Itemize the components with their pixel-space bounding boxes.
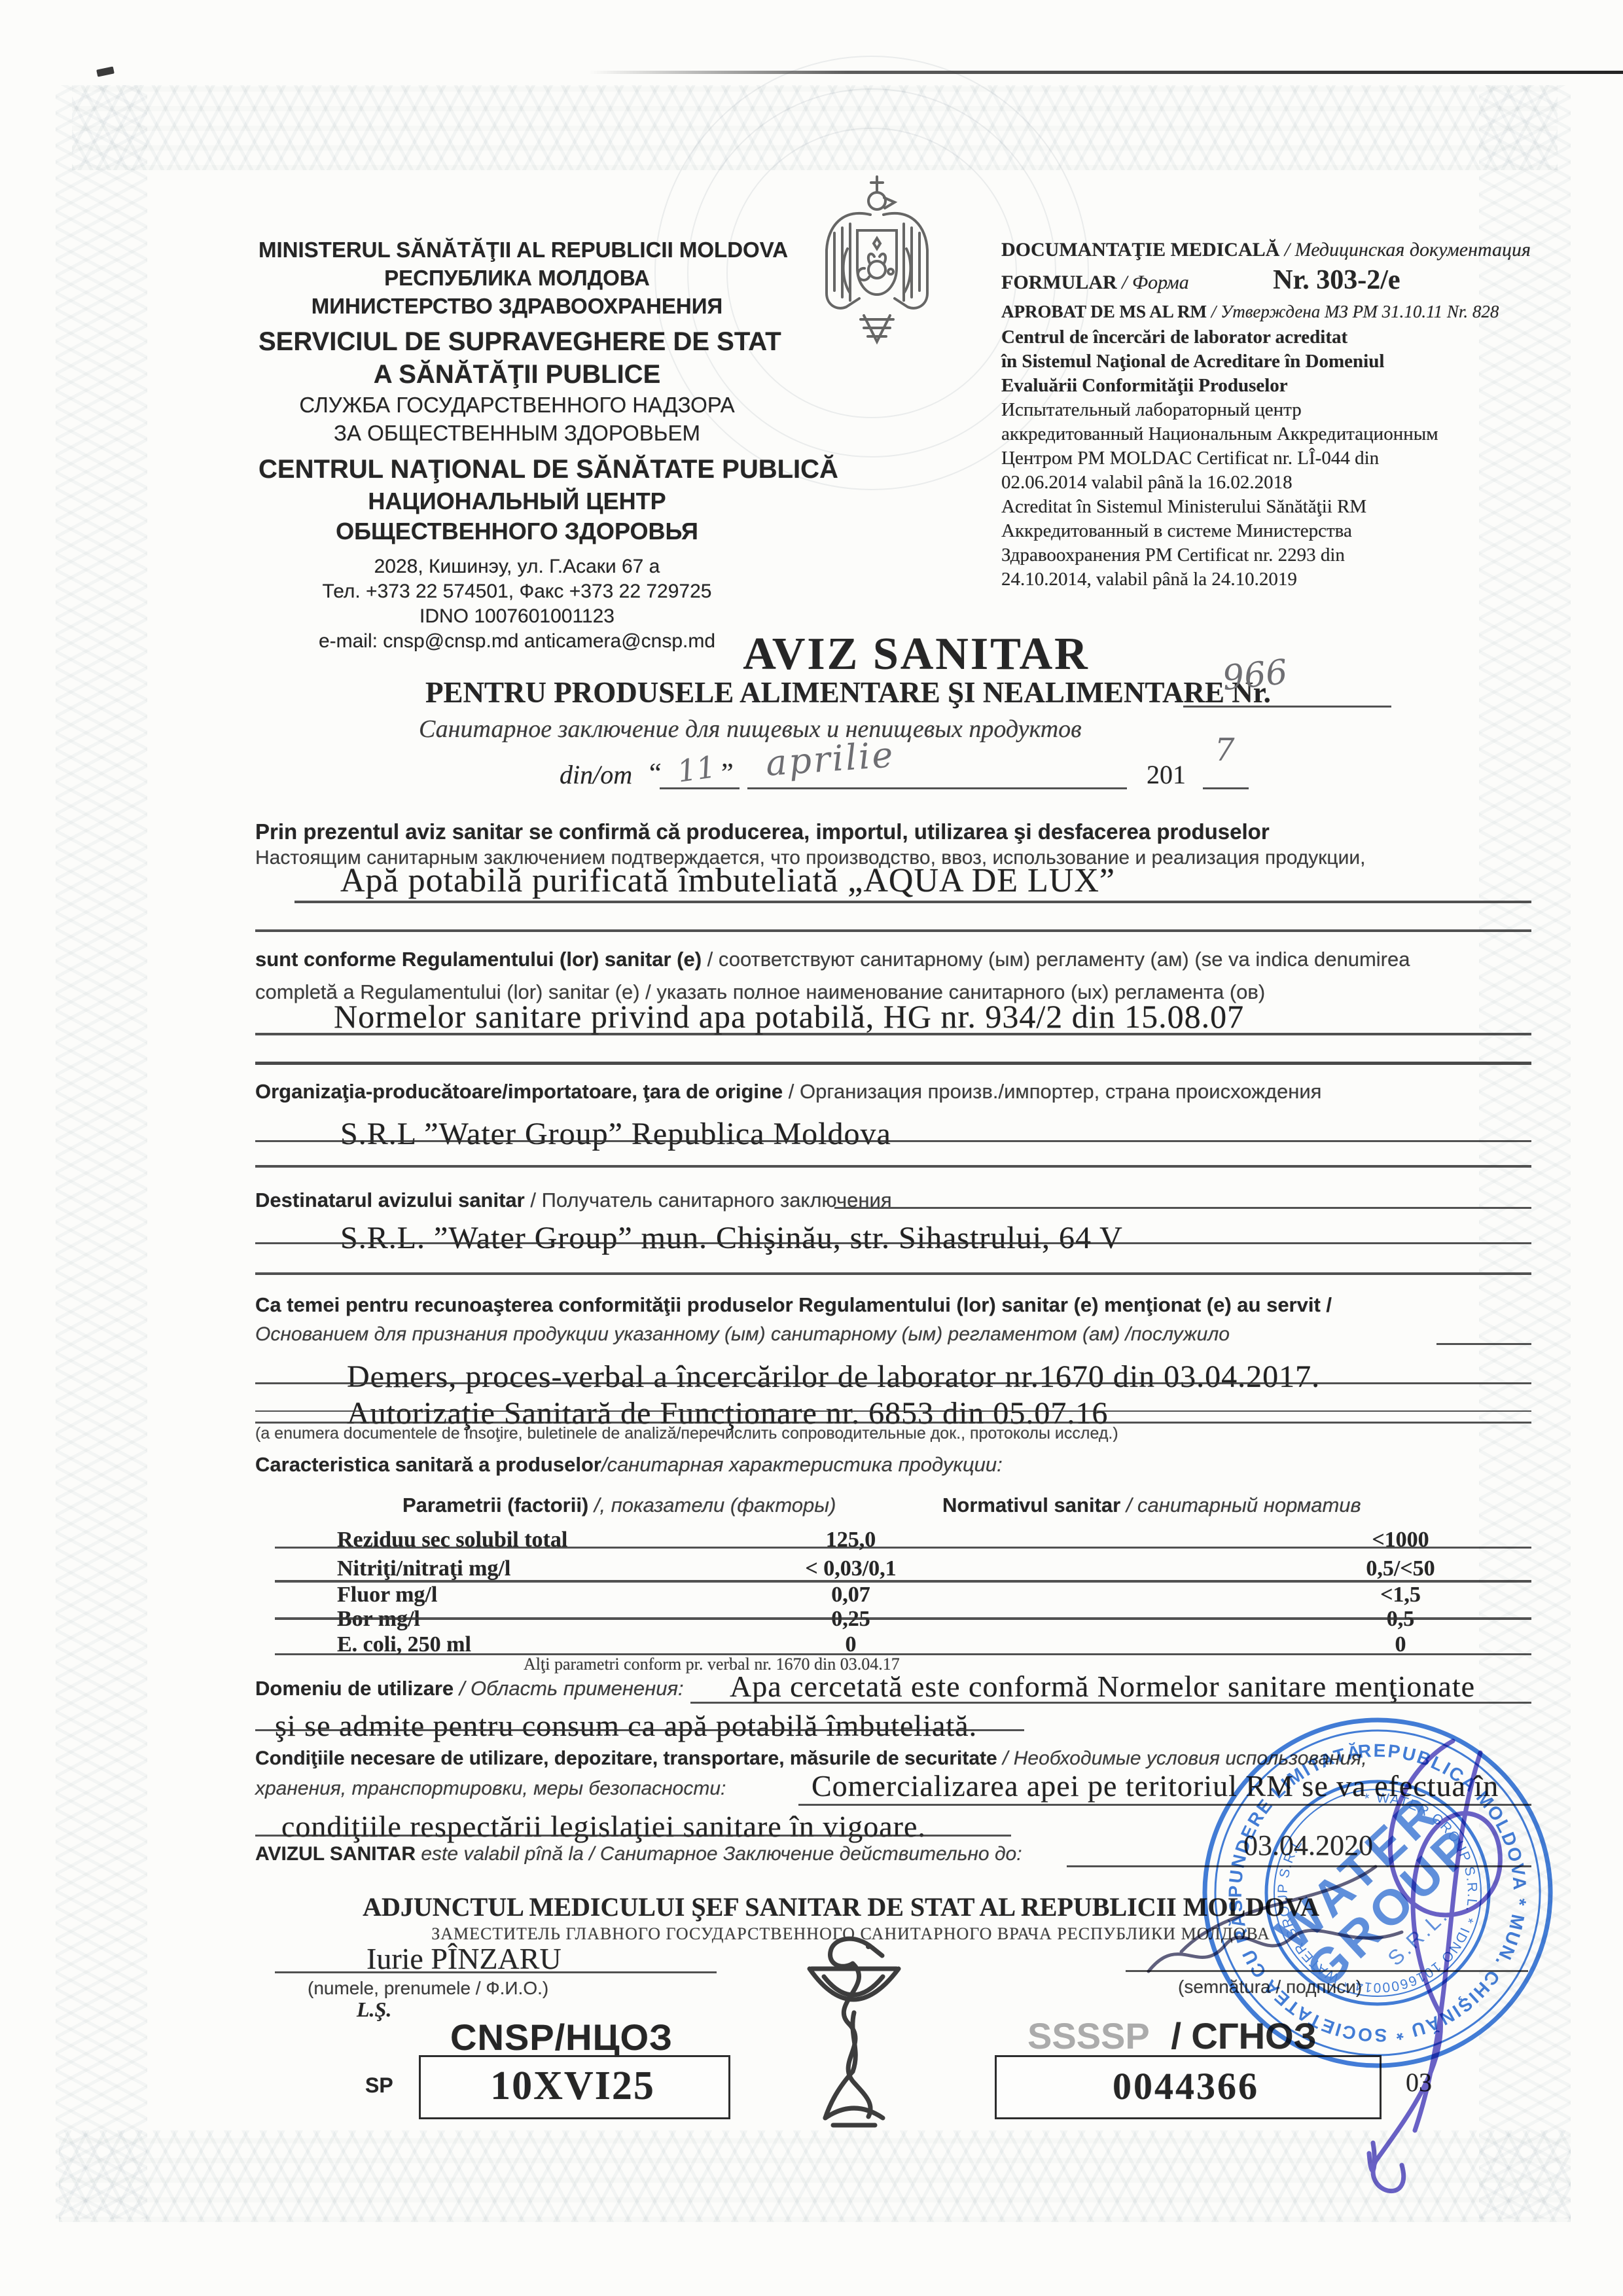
republic-ru: РЕСПУБЛИКА МОЛДОВА bbox=[259, 264, 776, 292]
recipient-label: Destinatarul avizului sanitar / Получате… bbox=[255, 1189, 892, 1212]
param-header-bold: Parametrii (factorii) bbox=[402, 1494, 588, 1516]
recipient-label-rule bbox=[834, 1207, 1531, 1209]
accredited-line-ru: Здравоохранения РМ Certificat nr. 2293 d… bbox=[1001, 543, 1538, 567]
domain-label-rest: / Область применения: bbox=[454, 1677, 683, 1700]
signature-strokes bbox=[982, 1669, 1623, 2238]
year-printed: 201 bbox=[1147, 759, 1186, 790]
accredited-line: Centrul de încercări de laborator acredi… bbox=[1001, 325, 1538, 350]
scan-corner-dash bbox=[96, 66, 115, 77]
day-handwritten: 11 bbox=[675, 749, 718, 789]
medical-doc-block: DOCUMANTAŢIE MEDICALĂ / Медицинская доку… bbox=[1001, 237, 1538, 592]
cnsp-label: CNSP/НЦОЗ bbox=[450, 2016, 673, 2058]
producer-label-rest: / Организация произв./импортер, страна п… bbox=[783, 1080, 1321, 1103]
domain-value-2: şi se admite pentru consum ca apă potabi… bbox=[275, 1708, 977, 1743]
accredited-line-ru: аккредитованный Национальным Аккредитаци… bbox=[1001, 422, 1538, 446]
year-digit-handwritten: 7 bbox=[1215, 732, 1235, 768]
domain-label-bold: Domeniu de utilizare bbox=[255, 1677, 454, 1700]
confirmation-statement-ro: Prin prezentul aviz sanitar se confirmă … bbox=[255, 819, 1270, 844]
service-name-ro-1: SERVICIUL DE SUPRAVEGHERE DE STAT bbox=[259, 325, 776, 358]
validity-label: AVIZUL SANITAR este valabil pînă la / Са… bbox=[255, 1843, 1022, 1865]
name-caption: (numele, prenumele / Ф.И.О.) bbox=[308, 1978, 548, 1999]
conformity-label-rest: / соответствуют санитарному (ым) регламе… bbox=[702, 948, 1410, 971]
table-row-name: Reziduu sec solubil total bbox=[337, 1528, 567, 1552]
norm-header-rest: / санитарный норматив bbox=[1120, 1494, 1361, 1516]
document-title: AVIZ SANITAR bbox=[743, 628, 1089, 681]
accredited-line: Evaluării Conformităţii Produselor bbox=[1001, 374, 1538, 398]
product-name-value: Apă potabilă purificată îmbuteliată „AQU… bbox=[340, 861, 1115, 900]
basis-label-ru: Основанием для признания продукции указа… bbox=[255, 1323, 1230, 1346]
center-name-ru-1: НАЦИОНАЛЬНЫЙ ЦЕНТР bbox=[259, 486, 776, 516]
day-underline bbox=[660, 787, 740, 789]
recipient-value: S.R.L. ”Water Group” mun. Chişinău, str.… bbox=[340, 1220, 1123, 1256]
producer-strike-rule bbox=[255, 1140, 1531, 1142]
moldova-coat-of-arms bbox=[808, 170, 946, 367]
basis-label-ro: Ca temei pentru recunoaşterea conformită… bbox=[255, 1293, 1332, 1317]
basis2-strike-rule bbox=[255, 1410, 1531, 1412]
form-label: FORMULAR bbox=[1001, 272, 1117, 293]
conditions-label-ru: хранения, транспортировки, меры безопасн… bbox=[255, 1778, 726, 1800]
table-row-name: Nitriţi/nitraţi mg/l bbox=[337, 1556, 510, 1581]
conditions-label-bold: Condiţiile necesare de utilizare, depozi… bbox=[255, 1748, 997, 1769]
scan-artifact-line bbox=[589, 71, 1623, 74]
producer-value: S.R.L ”Water Group” Republica Moldova bbox=[340, 1116, 891, 1152]
month-handwritten: aprilie bbox=[764, 734, 896, 784]
service-name-ru-2: ЗА ОБЩЕСТВЕННЫМ ЗДОРОВЬЕМ bbox=[259, 419, 776, 447]
guilloche-left-band bbox=[56, 85, 147, 2219]
producer-label: Organizaţia-producătoare/importatoare, ţ… bbox=[255, 1080, 1321, 1103]
regulation-value: Normelor sanitare privind apa potabilă, … bbox=[334, 997, 1244, 1035]
validity-label-bold: AVIZUL SANITAR bbox=[255, 1843, 416, 1865]
empty-rule bbox=[255, 1062, 1531, 1065]
domain-label: Domeniu de utilizare / Область применени… bbox=[255, 1677, 684, 1700]
center-name-ro: CENTRUL NAŢIONAL DE SĂNĂTATE PUBLICĂ bbox=[259, 452, 776, 486]
param-header-rest: /, показатели (факторы) bbox=[588, 1494, 836, 1516]
table-param-header: Parametrii (factorii) /, показатели (фак… bbox=[402, 1494, 836, 1517]
email-line: e-mail: cnsp@cnsp.md anticamera@cnsp.md bbox=[259, 629, 776, 654]
doc-type-label-ru: / Медицинская документация bbox=[1279, 239, 1531, 260]
document-subtitle-ru: Санитарное заключение для пищевых и непи… bbox=[419, 715, 1082, 744]
empty-rule bbox=[255, 929, 1531, 932]
idno-line: IDNO 1007601001123 bbox=[259, 604, 776, 629]
approved-label: APROBAT DE MS AL RM bbox=[1001, 302, 1207, 321]
table-row-value: 0,07 bbox=[831, 1583, 870, 1607]
name-underline bbox=[275, 1971, 717, 1973]
bowl-of-hygieia-icon bbox=[776, 1931, 929, 2137]
table-row-norm: 0,5/<50 bbox=[1366, 1556, 1435, 1581]
document-subtitle: PENTRU PRODUSELE ALIMENTARE ŞI NEALIMENT… bbox=[425, 675, 1271, 709]
issuer-block: MINISTERUL SĂNĂTĂŢII AL REPUBLICII MOLDO… bbox=[259, 236, 776, 654]
enumeration-note: (a enumera documentele de însoţire, bule… bbox=[255, 1424, 1118, 1443]
service-name-ru-1: СЛУЖБА ГОСУДАРСТВЕННОГО НАДЗОРА bbox=[259, 391, 776, 419]
doc-type-label: DOCUMANTAŢIE MEDICALĂ bbox=[1001, 239, 1279, 260]
phone-line: Тел. +373 22 574501, Факс +373 22 729725 bbox=[259, 579, 776, 604]
quote-close: ” bbox=[721, 758, 734, 789]
table-rule bbox=[275, 1653, 1531, 1655]
service-name-ro-2: A SĂNĂTĂŢII PUBLICE bbox=[259, 358, 776, 391]
sp-label: SP bbox=[365, 2073, 393, 2098]
accredited-line: în Sistemul Naţional de Acreditare în Do… bbox=[1001, 350, 1538, 374]
accredited-line-ru: Аккредитованный в системе Министерства bbox=[1001, 519, 1538, 543]
number-underline bbox=[1183, 706, 1391, 708]
certificate-page: MINISTERUL SĂNĂTĂŢII AL REPUBLICII MOLDO… bbox=[0, 0, 1623, 2296]
month-underline bbox=[747, 787, 1127, 789]
basis1-strike-rule bbox=[255, 1382, 1531, 1384]
form-label-ru: / Форма bbox=[1117, 272, 1189, 293]
conformity-label-bold: sunt conforme Regulamentului (lor) sanit… bbox=[255, 948, 702, 971]
recipient-bottom-rule bbox=[255, 1272, 1531, 1275]
ministry-name-ru: МИНИСТЕРСТВО ЗДРАВООХРАНЕНИЯ bbox=[259, 292, 776, 320]
producer-label-bold: Organizaţia-producătoare/importatoare, ţ… bbox=[255, 1080, 783, 1103]
characteristic-label-bold: Caracteristica sanitară a produselor bbox=[255, 1453, 601, 1476]
year-underline bbox=[1203, 787, 1249, 789]
certificate-validity: 24.10.2014, valabil până la 24.10.2019 bbox=[1001, 567, 1538, 592]
basis-value-1: Demers, proces-verbal a încercărilor de … bbox=[347, 1359, 1320, 1395]
form-number: Nr. 303-2/e bbox=[1273, 265, 1400, 295]
address-line: 2028, Кишинэу, ул. Г.Асаки 67 а bbox=[259, 554, 776, 579]
approved-label-ru: / Утверждена МЗ РМ 31.10.11 Nr. 828 bbox=[1207, 302, 1499, 321]
regulation-underline bbox=[255, 1033, 1531, 1035]
conditions-value-2: condiţiile respectării legislaţiei sanit… bbox=[281, 1809, 926, 1844]
characteristic-label-rest: /санитарная характеристика продукции: bbox=[601, 1453, 1003, 1476]
date-prefix: din/om bbox=[560, 759, 632, 790]
conditions2-underline bbox=[255, 1835, 1011, 1837]
producer-bottom-rule bbox=[255, 1165, 1531, 1168]
validity-label-rest: este valabil pînă la / Санитарное Заключ… bbox=[416, 1843, 1022, 1865]
certificate-number-handwritten: 966 bbox=[1221, 653, 1289, 698]
ls-label: L.Ş. bbox=[357, 1998, 391, 2022]
product-underline bbox=[294, 901, 1531, 903]
table-row-value: < 0,03/0,1 bbox=[805, 1556, 896, 1581]
center-name-ru-2: ОБЩЕСТВЕННОГО ЗДОРОВЬЯ bbox=[259, 516, 776, 547]
ministry-name-ro: MINISTERUL SĂNĂTĂŢII AL REPUBLICII MOLDO… bbox=[259, 236, 776, 264]
table-row-value: 125,0 bbox=[826, 1528, 876, 1552]
table-row-norm: <1000 bbox=[1372, 1528, 1429, 1552]
recipient-strike-rule bbox=[255, 1242, 1531, 1244]
accredited-line-ru: Испытательный лабораторный центр bbox=[1001, 398, 1538, 422]
table-rule bbox=[275, 1617, 1531, 1620]
accredited-line-ru: Центром РМ MOLDAC Certificat nr. LÎ-044 … bbox=[1001, 446, 1538, 471]
norm-header-bold: Normativul sanitar bbox=[942, 1494, 1120, 1516]
table-rule bbox=[275, 1580, 1531, 1583]
characteristic-label: Caracteristica sanitară a produselor/сан… bbox=[255, 1453, 1003, 1477]
table-norm-header: Normativul sanitar / санитарный норматив bbox=[942, 1494, 1361, 1517]
certificate-validity: 02.06.2014 valabil până la 16.02.2018 bbox=[1001, 471, 1538, 495]
recipient-label-bold: Destinatarul avizului sanitar bbox=[255, 1189, 525, 1211]
basis-label-rule bbox=[1436, 1343, 1531, 1345]
table-row-name: Fluor mg/l bbox=[337, 1583, 437, 1607]
accredited-line: Acreditat în Sistemul Ministerului Sănăt… bbox=[1001, 495, 1538, 519]
conformity-label: sunt conforme Regulamentului (lor) sanit… bbox=[255, 948, 1410, 971]
quote-open: “ bbox=[649, 758, 662, 789]
domain2-strike-rule bbox=[255, 1729, 1024, 1731]
series-left-value: 10XVI25 bbox=[490, 2063, 655, 2109]
table-row-norm: <1,5 bbox=[1380, 1583, 1421, 1607]
basis2-bottom-rule bbox=[255, 1422, 1531, 1424]
table-rule bbox=[275, 1547, 1531, 1549]
